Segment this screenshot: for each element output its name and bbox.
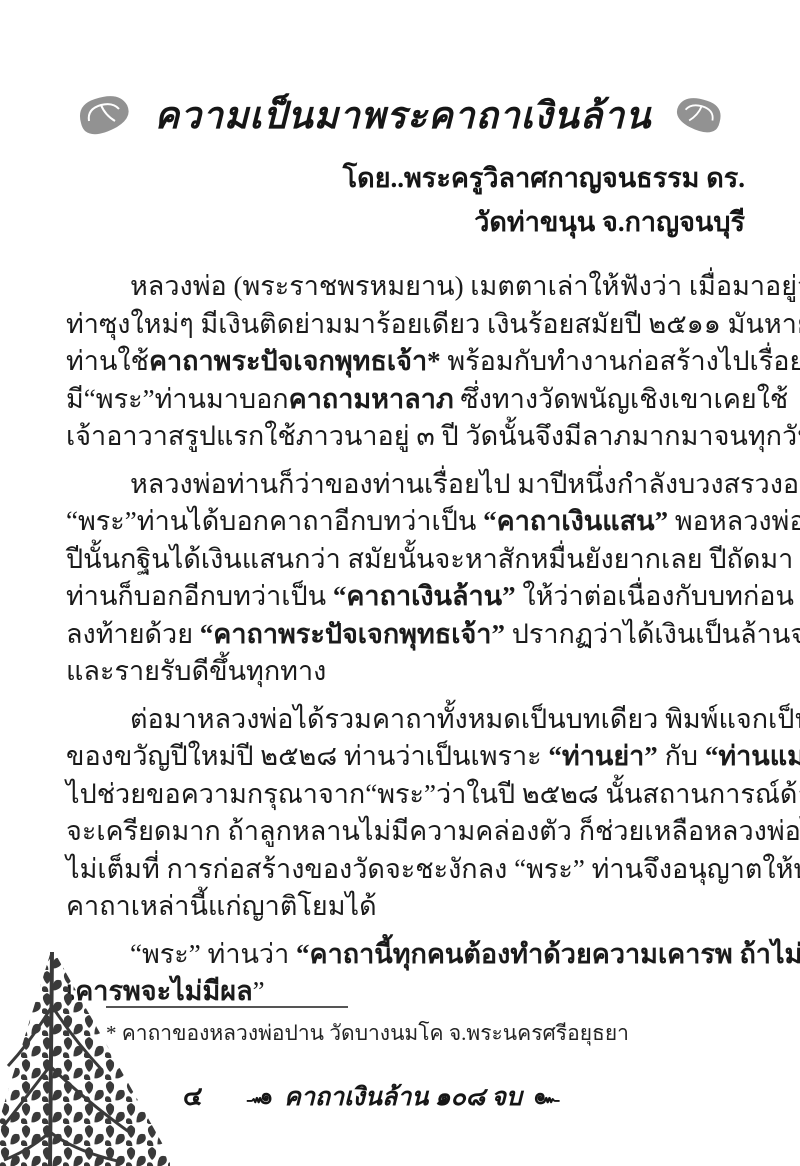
text-line: ท่าซุงใหม่ๆ มีเงินติดย่ามมาร้อยเดียว เงิ…	[66, 306, 750, 344]
text-line: คาถาเหล่านี้แก่ญาติโยมได้	[66, 888, 750, 926]
chapter-header: ความเป็นมาพระคาถาเงินล้าน	[0, 0, 800, 145]
byline-temple: วัดท่าขนุน จ.กาญจนบุรี	[0, 201, 745, 245]
bodhi-tree-icon	[0, 948, 170, 1166]
text-line: ของขวัญปีใหม่ปี ๒๕๒๘ ท่านว่าเป็นเพราะ “ท…	[66, 738, 750, 776]
text-line: เจ้าอาวาสรูปแรกใช้ภาวนาอยู่ ๓ ปี วัดนั้น…	[66, 418, 750, 456]
text-line: ปีนั้นกฐินได้เงินแสนกว่า สมัยนั้นจะหาสัก…	[66, 541, 750, 579]
leaf-icon	[75, 93, 133, 139]
text-line: ลงท้ายด้วย “คาถาพระปัจเจกพุทธเจ้า” ปรากฏ…	[66, 616, 750, 654]
text-line: มี“พระ”ท่านมาบอกคาถามหาลาภ ซึ่งทางวัดพนั…	[66, 381, 750, 419]
swirl-icon: ๛	[247, 1079, 272, 1114]
page-number: ๔	[183, 1076, 203, 1117]
body-text: หลวงพ่อ (พระราชพรหมยาน) เมตตาเล่าให้ฟังว…	[66, 268, 750, 1011]
text-line: หลวงพ่อท่านก็ว่าของท่านเรื่อยไป มาปีหนึ่…	[66, 466, 750, 504]
page-title: ความเป็นมาพระคาถาเงินล้าน	[155, 86, 652, 145]
book-page: ความเป็นมาพระคาถาเงินล้าน โดย..พระครูวิล…	[0, 0, 800, 1166]
text-line: “พระ”ท่านได้บอกคาถาอีกบทว่าเป็น “คาถาเงิ…	[66, 503, 750, 541]
page-footer: ๔ ๛ คาถาเงินล้าน ๑๐๘ จบ ๛	[183, 1076, 559, 1117]
footnote-text: * คาถาของหลวงพ่อปาน วัดบางนมโค จ.พระนครศ…	[106, 1017, 629, 1050]
footer-ornament-text: คาถาเงินล้าน ๑๐๘ จบ	[284, 1077, 522, 1117]
text-line: ท่านใช้คาถาพระปัจเจกพุทธเจ้า* พร้อมกับทำ…	[66, 343, 750, 381]
text-line: ไปช่วยขอความกรุณาจาก“พระ”ว่าในปี ๒๕๒๘ นั…	[66, 776, 750, 814]
paragraph: ต่อมาหลวงพ่อได้รวมคาถาทั้งหมดเป็นบทเดียว…	[66, 701, 750, 926]
text-line: ไม่เต็มที่ การก่อสร้างของวัดจะชะงักลง “พ…	[66, 851, 750, 889]
paragraph: หลวงพ่อ (พระราชพรหมยาน) เมตตาเล่าให้ฟังว…	[66, 268, 750, 456]
footnote: * คาถาของหลวงพ่อปาน วัดบางนมโค จ.พระนครศ…	[106, 1006, 629, 1050]
swirl-icon: ๛	[534, 1079, 559, 1114]
text-line: และรายรับดีขึ้นทุกทาง	[66, 653, 750, 691]
text-line: ท่านก็บอกอีกบทว่าเป็น “คาถาเงินล้าน” ให้…	[66, 578, 750, 616]
paragraph: หลวงพ่อท่านก็ว่าของท่านเรื่อยไป มาปีหนึ่…	[66, 466, 750, 691]
text-line: ต่อมาหลวงพ่อได้รวมคาถาทั้งหมดเป็นบทเดียว…	[66, 701, 750, 739]
text-line: หลวงพ่อ (พระราชพรหมยาน) เมตตาเล่าให้ฟังว…	[66, 268, 750, 306]
byline: โดย..พระครูวิลาศกาญจนธรรม ดร. วัดท่าขนุน…	[0, 157, 800, 244]
byline-author: โดย..พระครูวิลาศกาญจนธรรม ดร.	[0, 157, 745, 201]
leaf-icon	[673, 94, 725, 138]
text-line: จะเครียดมาก ถ้าลูกหลานไม่มีความคล่องตัว …	[66, 813, 750, 851]
footer-ornament: ๛ คาถาเงินล้าน ๑๐๘ จบ ๛	[247, 1077, 560, 1117]
